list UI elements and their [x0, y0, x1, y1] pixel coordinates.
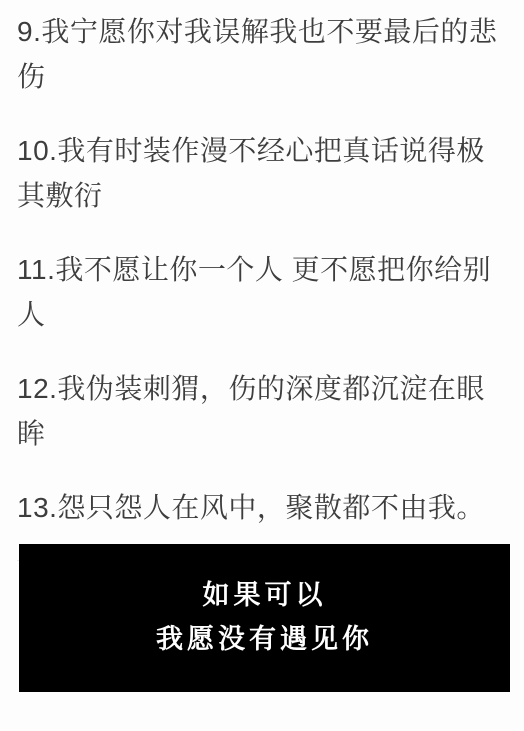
quote-line-11: 11.我不愿让你一个人 更不愿把你给别人	[17, 247, 508, 337]
quote-line-12: 12.我伪装刺猬，伤的深度都沉淀在眼眸	[17, 366, 508, 456]
caption-banner: 如果可以 我愿没有遇见你	[19, 544, 510, 692]
page: 9.我宁愿你对我误解我也不要最后的悲伤 10.我有时装作漫不经心把真话说得极其敷…	[0, 0, 524, 731]
caption-line-1: 如果可以	[203, 574, 327, 618]
quote-line-13: 13.怨只怨人在风中，聚散都不由我。	[17, 485, 508, 530]
quote-line-10: 10.我有时装作漫不经心把真话说得极其敷衍	[17, 128, 508, 218]
caption-line-2: 我愿没有遇见你	[156, 618, 373, 662]
quote-line-9: 9.我宁愿你对我误解我也不要最后的悲伤	[17, 9, 508, 99]
quote-list: 9.我宁愿你对我误解我也不要最后的悲伤 10.我有时装作漫不经心把真话说得极其敷…	[0, 0, 524, 530]
